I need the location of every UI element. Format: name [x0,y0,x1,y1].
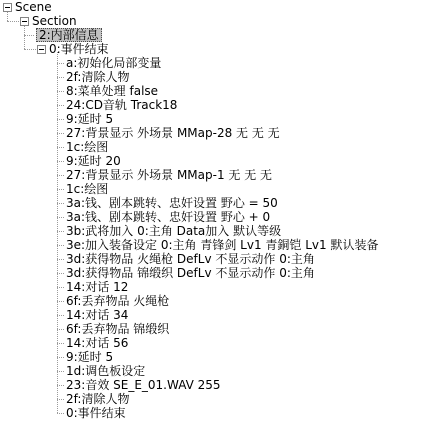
tree-connector-line [57,147,64,148]
tree-connector-line [57,343,64,344]
tree-item-label[interactable]: 14:对话 12 [66,280,128,294]
tree-item-label[interactable]: 0:事件结束 [66,406,126,420]
tree-connector-line [57,161,64,162]
tree-item[interactable]: 0:事件结束 [0,42,425,56]
tree-item-label[interactable]: Section [32,14,77,28]
tree-connector-line [57,119,64,120]
tree-item-label[interactable]: 1c:绘图 [66,182,108,196]
tree-connector-line [24,49,36,50]
tree-connector-line [57,259,64,260]
tree-connector-line [57,231,64,232]
tree-item-label[interactable]: 14:对话 56 [66,336,128,350]
tree-item-label[interactable]: 3d:获得物品 锦缎织 DefLv 不显示动作 0:主角 [66,266,315,280]
tree-connector-line [57,77,64,78]
tree-connector-line [57,413,64,414]
tree-item-label[interactable]: 0:事件结束 [49,42,109,56]
tree-item-label[interactable]: 23:音效 SE_E_01.WAV 255 [66,378,221,392]
tree-item-label[interactable]: 27:背景显示 外场景 MMap-1 无 无 无 [66,168,272,182]
tree-item-label[interactable]: a:初始化局部变量 [66,56,161,70]
tree-connector-line [57,315,64,316]
tree-item-label[interactable]: 8:菜单处理 false [66,84,158,98]
tree-item-label[interactable]: 6f:丢弃物品 锦缎织 [66,322,169,336]
tree-connector-line [57,357,64,358]
tree-item[interactable]: Section [0,14,425,28]
tree-item-label[interactable]: 14:对话 34 [66,308,128,322]
tree-connector-line [57,105,64,106]
tree-connector-line [57,91,64,92]
tree-item-label[interactable]: 1c:绘图 [66,140,108,154]
tree-connector-line [57,287,64,288]
tree-connector-line [57,133,64,134]
tree-connector-line [7,21,19,22]
tree-connector-line [24,35,34,36]
minus-expand-box-icon[interactable] [37,45,46,54]
tree-item-label[interactable]: 2f:清除人物 [66,70,129,84]
tree-item-label[interactable]: 9:延时 5 [66,350,113,364]
tree-item-label[interactable]: Scene [15,0,52,14]
tree-item-label[interactable]: 27:背景显示 外场景 MMap-28 无 无 无 [66,126,280,140]
tree-connector-line [57,217,64,218]
tree-item-label[interactable]: 3d:获得物品 火绳枪 DefLv 不显示动作 0:主角 [66,252,315,266]
tree-view: SceneSection2:内部信息0:事件结束a:初始化局部变量2f:清除人物… [0,0,425,430]
tree-connector-line [57,203,64,204]
tree-item-label[interactable]: 3e:加入装备设定 0:主角 青锋剑 Lv1 青銅铠 Lv1 默认装备 [66,238,378,252]
tree-item[interactable]: Scene [0,0,425,14]
tree-item-label-selected[interactable]: 2:内部信息 [36,28,102,42]
tree-connector-line [57,371,64,372]
tree-item-label[interactable]: 3a:钱、剧本跳转、忠奸设置 野心 = 50 [66,196,278,210]
tree-connector-line [57,63,64,64]
tree-item-label[interactable]: 6f:丢弃物品 火绳枪 [66,294,169,308]
tree-item[interactable]: 2:内部信息 [0,28,425,42]
minus-expand-box-icon[interactable] [3,3,12,12]
tree-item-label[interactable]: 3b:武将加入 0:主角 Data加入 默认等级 [66,224,281,238]
tree-connector-line [57,273,64,274]
tree-item-label[interactable]: 1d:调色板设定 [66,364,145,378]
minus-expand-box-icon[interactable] [20,17,29,26]
tree-item-label[interactable]: 9:延时 20 [66,154,121,168]
tree-connector-line [57,399,64,400]
tree-connector-line [57,175,64,176]
tree-item-label[interactable]: 9:延时 5 [66,112,113,126]
tree-connector-line [57,385,64,386]
tree-connector-line [57,245,64,246]
tree-item-label[interactable]: 24:CD音轨 Track18 [66,98,177,112]
tree-item-label[interactable]: 2f:清除人物 [66,392,129,406]
tree-connector-line [57,329,64,330]
tree-item-label[interactable]: 3a:钱、剧本跳转、忠奸设置 野心 + 0 [66,210,270,224]
tree-connector-line [57,301,64,302]
tree-connector-line [57,189,64,190]
